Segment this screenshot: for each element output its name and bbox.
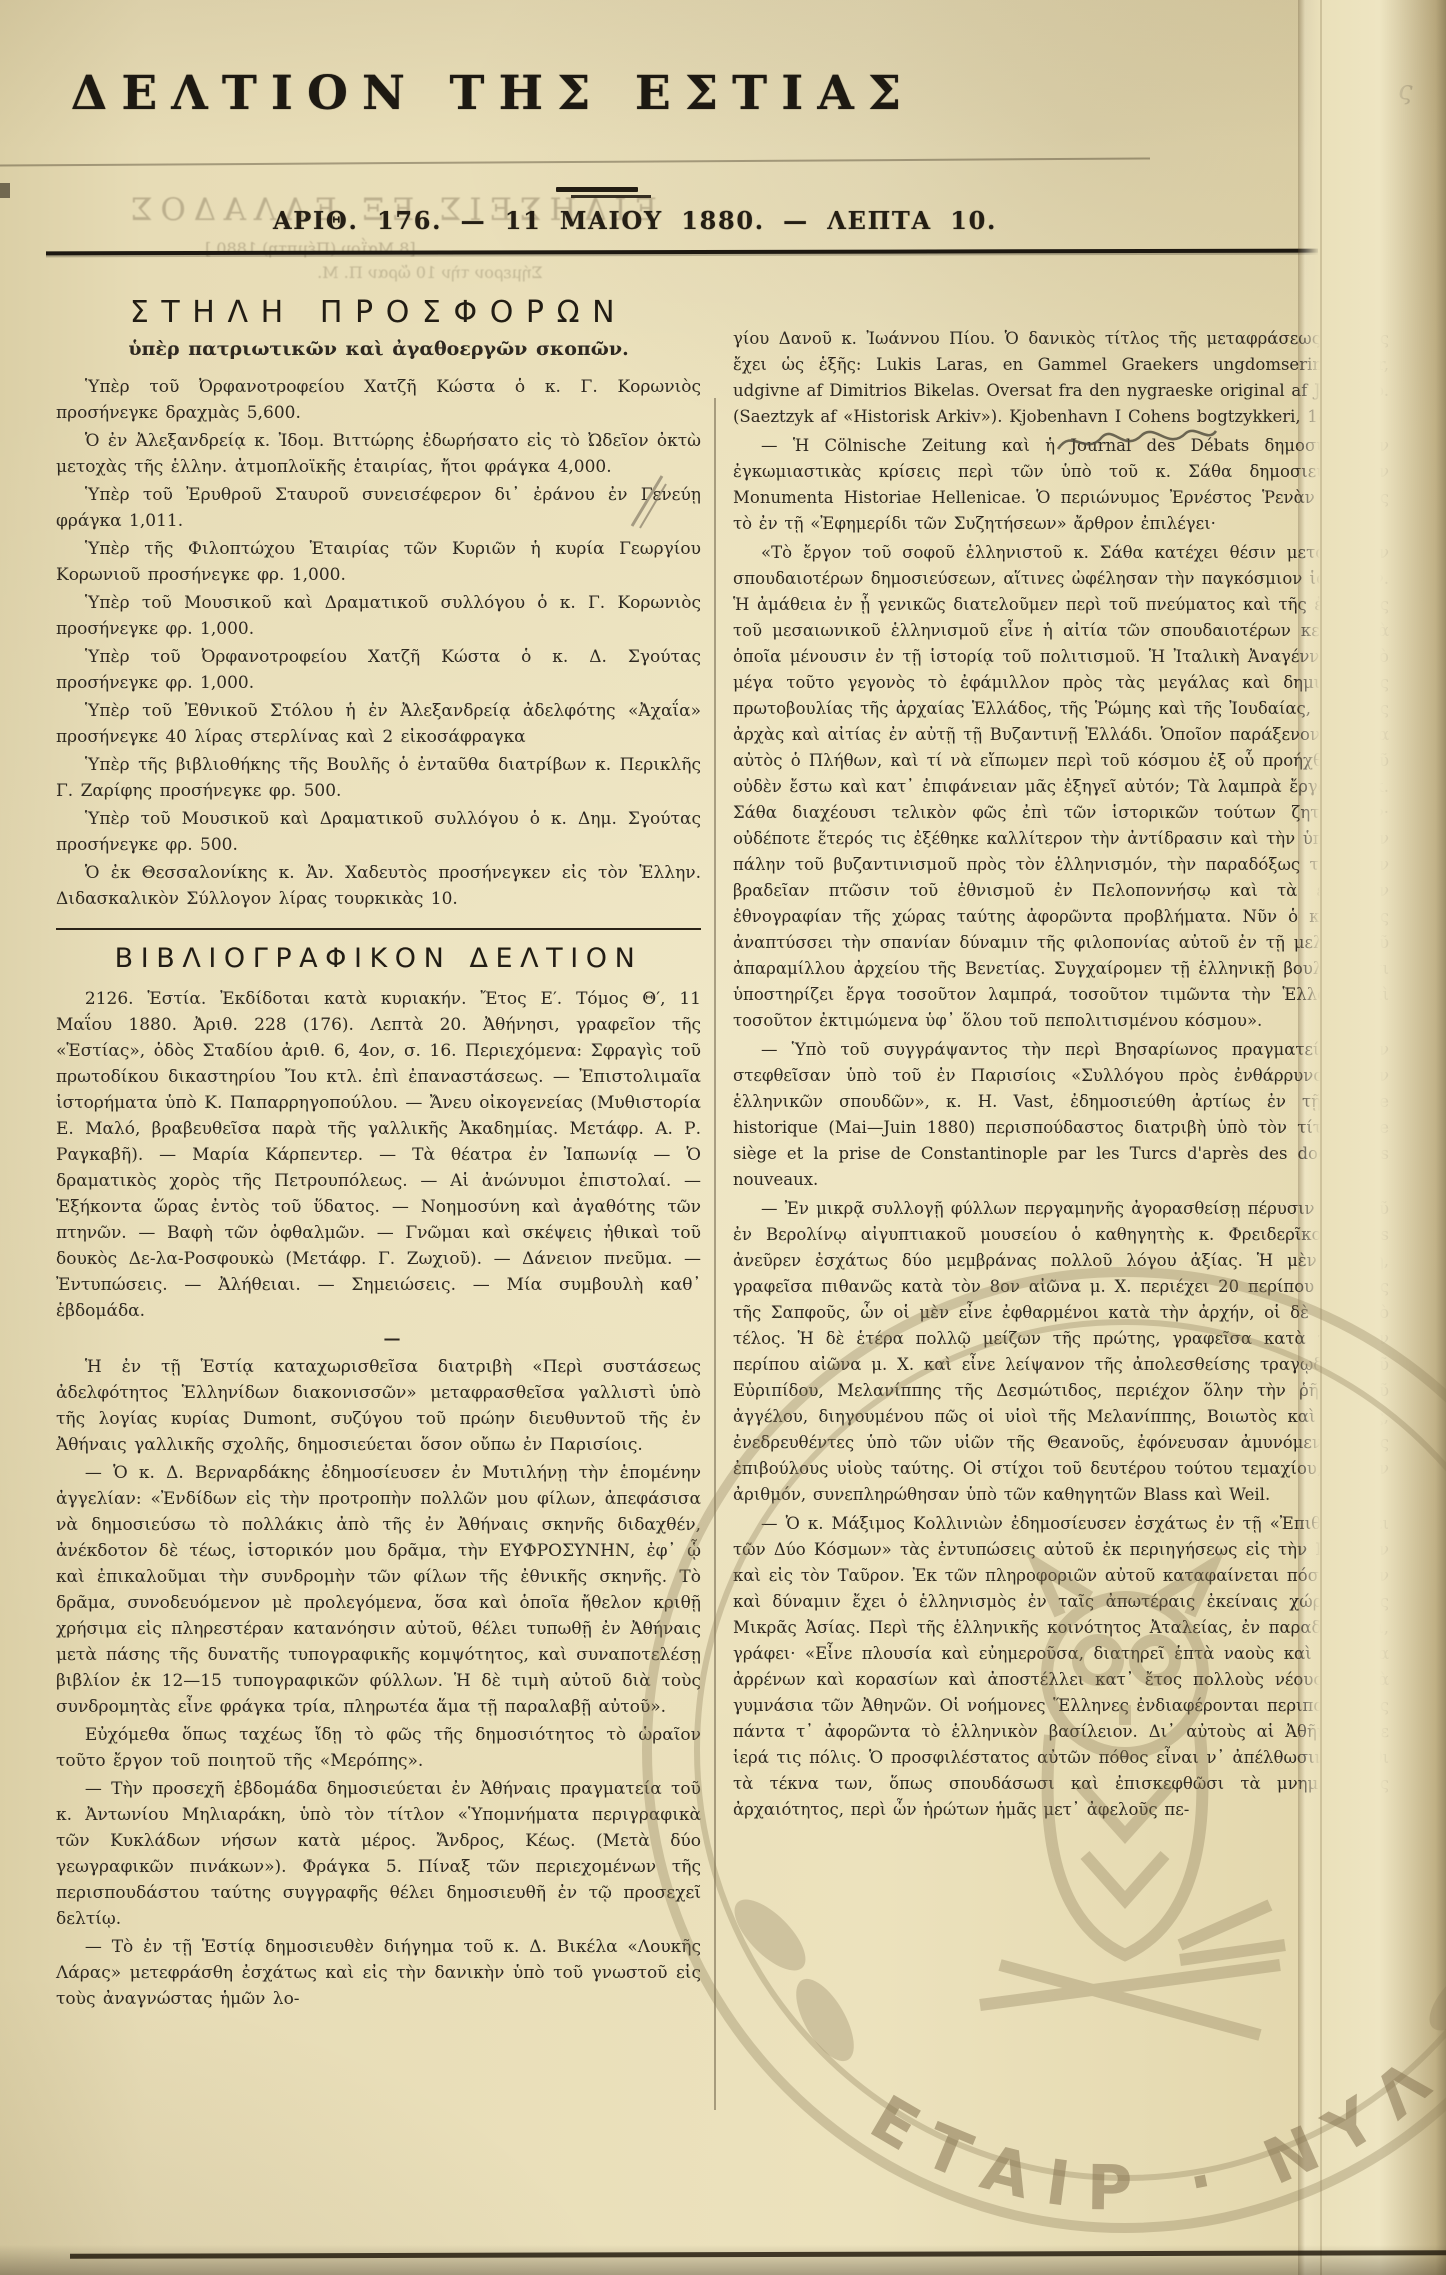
library-stamp: ΕΤΑΙΡ · ΝΥΛ ΩΝ [620,1245,1446,2275]
paragraph: Ὑπὲρ τῆς βιβλιοθήκης τῆς Βουλῆς ὁ ἐνταῦθ… [56,752,701,804]
owl-emblem [980,1565,1285,2035]
issue-date-line: ΑΡΙΘ. 176. — 11 ΜΑΙΟΥ 1880. — ΛΕΠΤΑ 10. [240,206,1030,235]
newspaper-page: ΕΙΔΗΣΕΙΣ ΕΞ ΕΛΛΑΔΟΣ [8 Μαΐου (Πέμπτη) 18… [0,0,1446,2275]
bibliographic-section-heading: ΒΙΒΛΙΟΓΡΑΦΙΚΟΝ ΔΕΛΤΙΟΝ [56,946,701,972]
bibliographic-lead-paragraph: 2126. Ἑστία. Ἐκδίδοται κατὰ κυριακήν. Ἔτ… [56,986,701,1324]
bottom-shadow [0,2245,1446,2275]
paragraph: «Τὸ ἔργον τοῦ σοφοῦ ἑλληνιστοῦ κ. Σάθα κ… [733,540,1389,1034]
masthead-ornament-dash [556,187,638,192]
paragraph: Ὑπὲρ τοῦ Ὀρφανοτροφείου Χατζῆ Κώστα ὁ κ.… [56,644,701,696]
paragraph: — Ὁ κ. Δ. Βερναρδάκης ἐδημοσίευσεν ἐν Μυ… [56,1460,701,1720]
masthead-underline [0,157,1150,166]
paragraph: — Τὴν προσεχῆ ἑβδομάδα δημοσιεύεται ἐν Ἀ… [56,1776,701,1932]
handwritten-scribble [1052,421,1222,463]
right-column-lead-paragraph: γίου Δανοῦ κ. Ἰωάννου Πίου. Ὁ δανικὸς τί… [733,326,1389,430]
bibliographic-paragraphs: Ἡ ἐν τῇ Ἑστίᾳ καταχωρισθεῖσα διατριβὴ «Π… [56,1354,701,2012]
paragraph: Ὑπὲρ τοῦ Μουσικοῦ καὶ Δραματικοῦ συλλόγο… [56,590,701,642]
paragraph: — Ὑπὸ τοῦ συγγράψαντος τὴν περὶ Βησαρίων… [733,1037,1389,1193]
paragraph: Ὁ ἐν Ἀλεξανδρείᾳ κ. Ἰδομ. Βιττώρης ἐδωρή… [56,428,701,480]
paragraph: Εὐχόμεθα ὅπως ταχέως ἴδῃ τὸ φῶς τῆς δημο… [56,1722,701,1774]
paragraph: Ὑπὲρ τῆς Φιλοπτώχου Ἑταιρίας τῶν Κυριῶν … [56,536,701,588]
paragraph: Ὑπὲρ τοῦ Μουσικοῦ καὶ Δραματικοῦ συλλόγο… [56,806,701,858]
paragraph: Ἡ ἐν τῇ Ἑστίᾳ καταχωρισθεῖσα διατριβὴ «Π… [56,1354,701,1458]
paragraph: Ὑπὲρ τοῦ Ἐθνικοῦ Στόλου ἡ ἐν Ἀλεξανδρείᾳ… [56,698,701,750]
section-separator-rule [56,928,701,930]
paragraph-divider-dash: — [56,1326,701,1352]
paragraph: Ὑπὲρ τοῦ Ἐρυθροῦ Σταυροῦ συνεισέφερον δι… [56,482,701,534]
pencil-mark-left [628,470,668,530]
paragraph: Ὁ ἐκ Θεσσαλονίκης κ. Ἀν. Χαδευτὸς προσήν… [56,860,701,912]
paragraph: Ὑπὲρ τοῦ Ὀρφανοτροφείου Χατζῆ Κώστα ὁ κ.… [56,374,701,426]
bleedthrough-dateline: [8 Μαΐου (Πέμπτη) 1880.] [205,239,416,258]
bleedthrough-line: Σήμερον τὴν 10 ὥραν Π. Μ. [150,263,710,282]
offers-paragraphs: Ὑπὲρ τοῦ Ὀρφανοτροφείου Χατζῆ Κώστα ὁ κ.… [56,374,701,912]
offers-section-subheading: ὑπὲρ πατριωτικῶν καὶ ἀγαθοεργῶν σκοπῶν. [56,336,701,362]
paragraph: — Τὸ ἐν τῇ Ἑστίᾳ δημοσιευθὲν διήγημα τοῦ… [56,1934,701,2012]
scan-edge-mark [0,183,10,198]
left-column: ΣΤΗΛΗ ΠΡΟΣΦΟΡΩΝ ὑπὲρ πατριωτικῶν καὶ ἀγα… [56,294,701,2014]
offers-section-heading: ΣΤΗΛΗ ΠΡΟΣΦΟΡΩΝ [56,300,701,326]
masthead-title: ΔΕΛΤΙΟΝ ΤΗΣ ΕΣΤΙΑΣ [28,66,958,121]
